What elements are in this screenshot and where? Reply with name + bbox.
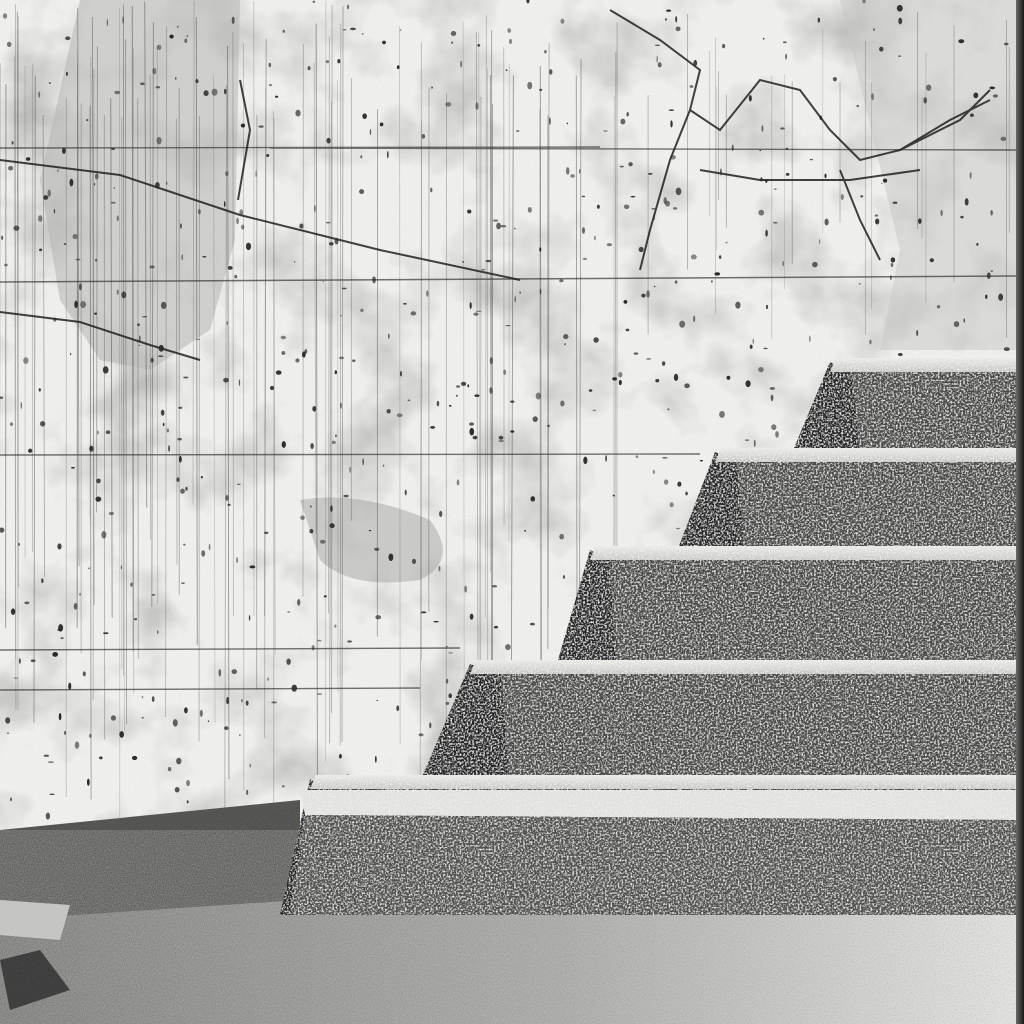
film-border-right xyxy=(1016,0,1024,1024)
photo-scene xyxy=(0,0,1024,1024)
film-grain xyxy=(0,0,1024,1024)
